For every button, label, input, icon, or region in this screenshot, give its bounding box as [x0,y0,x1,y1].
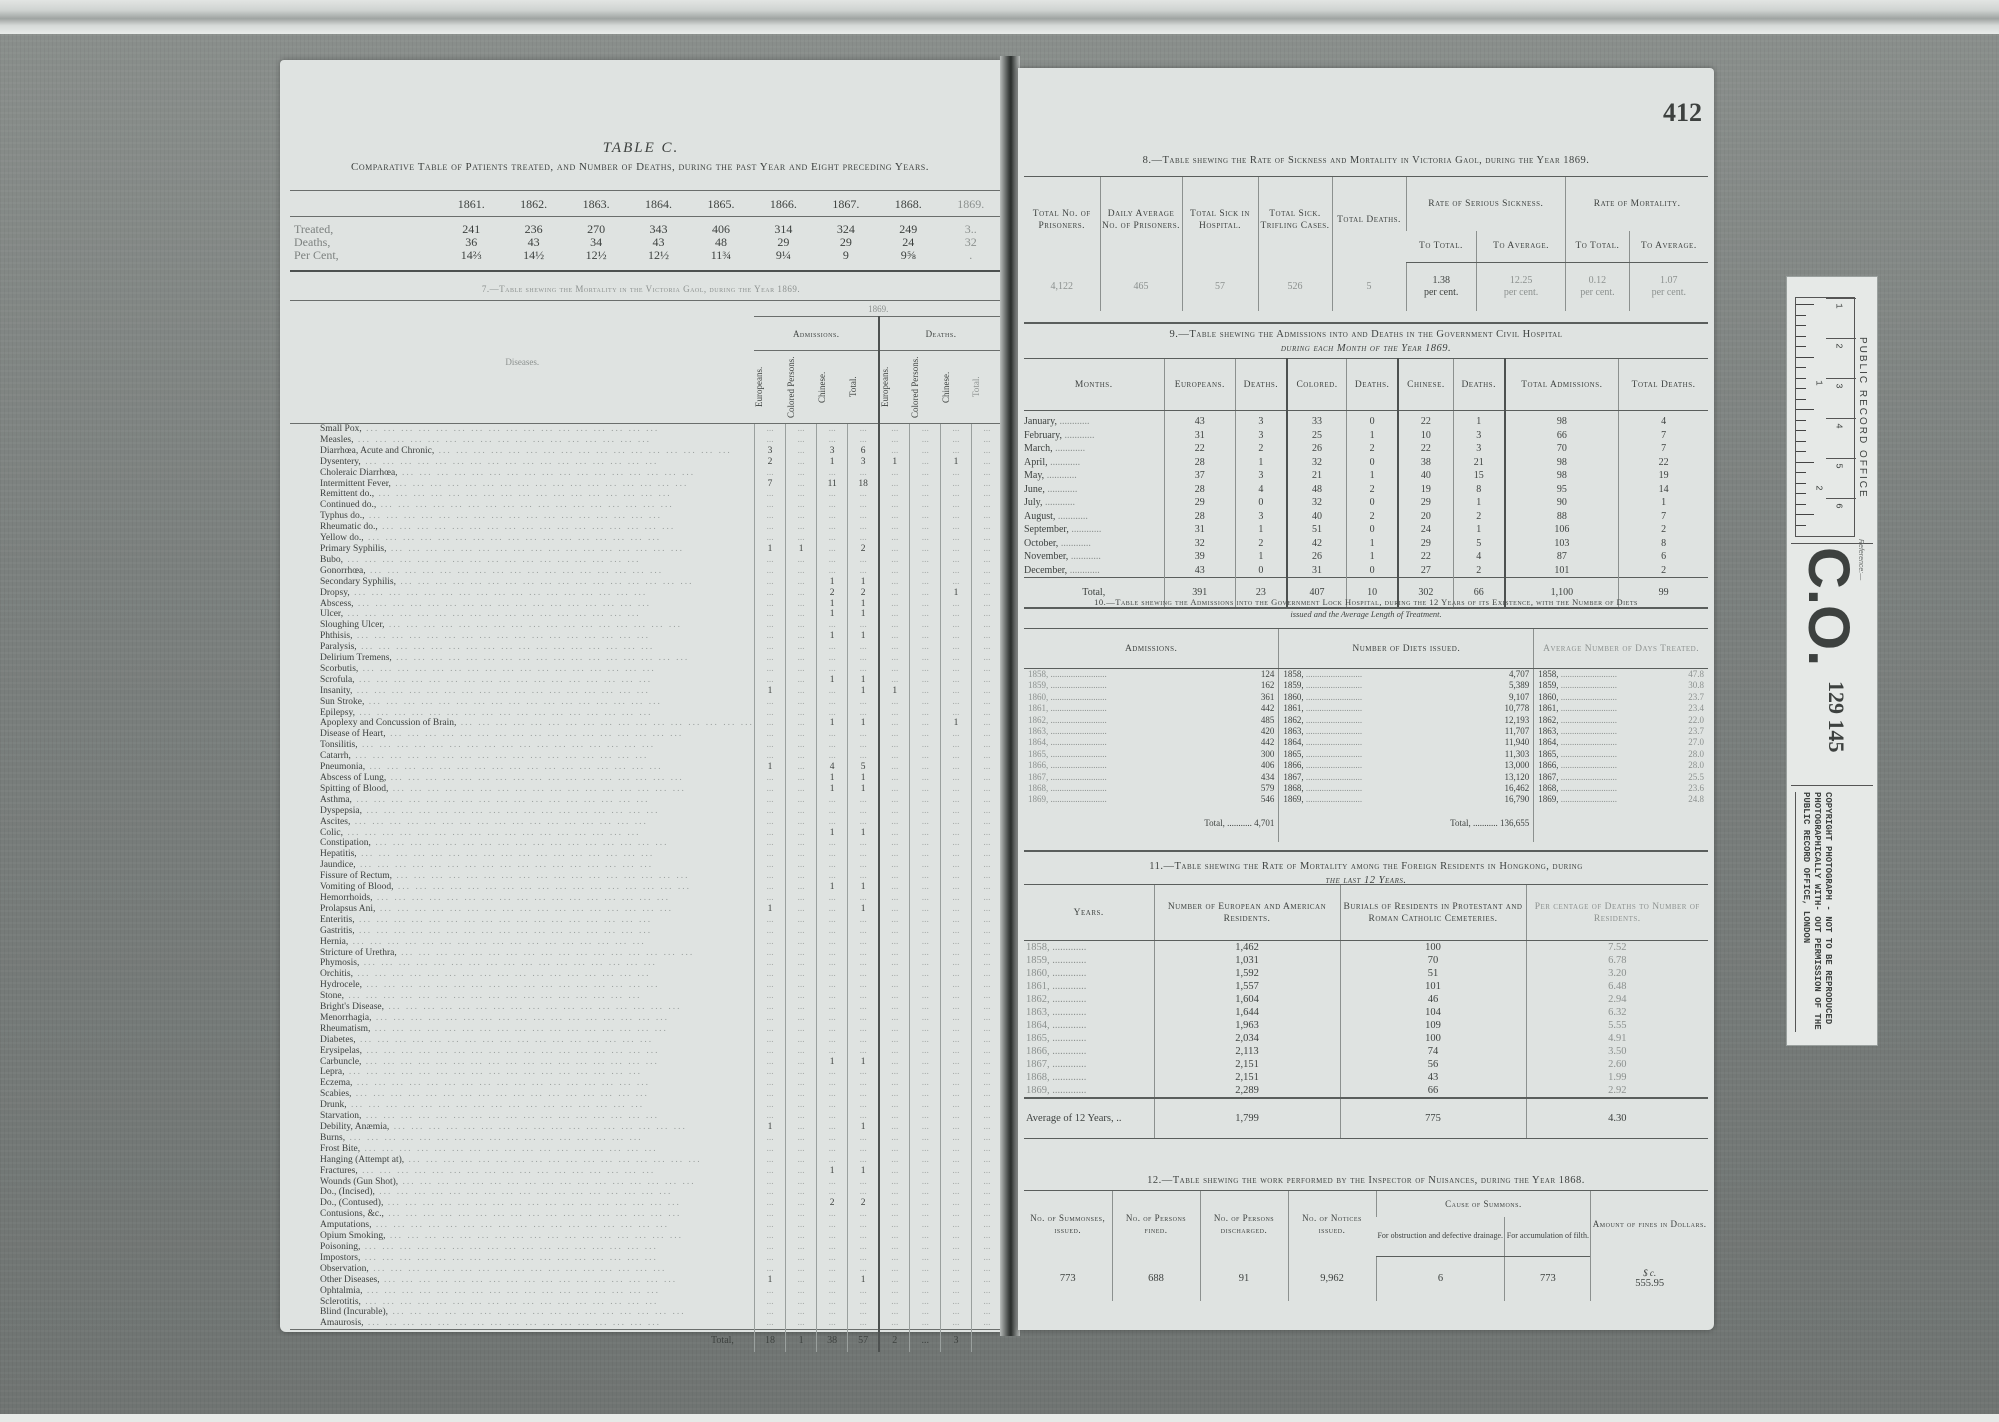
disease-cell: ... [786,893,817,904]
disease-cell: ... [910,555,941,566]
sub-header-label: Europeans. [880,351,890,423]
disease-row: Lepra, ... ... ... ... ... ... ... ... .… [290,1067,1002,1078]
disease-name-cell: Primary Syphilis, ... ... ... ... ... ..… [290,544,754,555]
disease-cell: 1 [848,675,879,686]
disease-row: Blind (Incurable), ... ... ... ... ... .… [290,1307,1002,1318]
disease-cell: ... [910,1057,941,1068]
disease-name: Erysipelas, [320,1046,362,1056]
table-12-caption: 12.—Table shewing the work performed by … [1018,1174,1714,1188]
disease-cell: ... [941,599,972,610]
leader-dots: ... ... ... ... ... ... ... ... ... ... … [375,904,673,914]
year-label: 1868, [1538,783,1558,793]
disease-cell: ... [848,708,879,719]
leader-dots: ... ... ... ... ... ... ... ... ... ... … [351,1089,649,1099]
disease-cell: ... [910,1100,941,1111]
disease-cell: ... [786,1100,817,1111]
disease-cell: ... [754,1231,785,1242]
disease-cell: ... [971,697,1002,708]
leader-dots: ... ... ... ... ... ... ... ... ... ... … [355,915,653,925]
disease-cell: ... [941,904,972,915]
residents-cell: 1,592 [1154,967,1340,980]
disease-row: Opium Smoking, ... ... ... ... ... ... .… [290,1231,1002,1242]
month-row: April, ............28132038219822 [1024,456,1708,470]
year-label: 1858, [1538,669,1558,679]
month-cell: 8 [1453,483,1504,497]
disease-name: Sloughing Ulcer, [320,620,385,630]
disease-cell: ... [910,980,941,991]
disease-cell: ... [879,533,910,544]
disease-cell: ... [754,577,785,588]
disease-cell: 1 [848,1166,879,1177]
disease-cell: ... [971,1078,1002,1089]
month-row: December, ............4303102721012 [1024,564,1708,578]
month-label: August, [1024,511,1055,522]
residents-cell: 2,151 [1154,1058,1340,1071]
disease-cell: ... [941,424,972,435]
disease-cell: ... [879,1318,910,1329]
disease-cell: ... [941,806,972,817]
leader-dots: ... ... ... ... ... ... ... ... ... ... … [354,599,652,609]
disease-cell: ... [754,1166,785,1177]
disease-cell: ... [971,860,1002,871]
disease-cell: ... [971,893,1002,904]
month-cell: 31 [1164,523,1236,537]
year-label: 1867, [1026,1059,1050,1070]
year-header: 1864. [627,191,689,217]
year-label: 1865, [1283,749,1303,759]
header-total-deaths: Total Deaths. [1619,359,1708,411]
ruler-number: 2 [1834,343,1844,348]
year-header: 1866. [752,191,814,217]
residents-row: 1865, .............2,0341004.91 [1024,1032,1708,1045]
leader-dots: ... ... ... ... ... ... ... ... ... ... … [387,544,685,554]
disease-cell: ... [754,860,785,871]
disease-cell: ... [848,795,879,806]
total-value: 136,655 [1500,818,1529,828]
disease-cell: ... [910,1253,941,1264]
row-label: Treated, [290,217,440,237]
disease-cell: ... [971,544,1002,555]
month-cell: 19 [1398,483,1453,497]
lock-hospital-row: 1861, .........................4421861, … [1024,703,1708,714]
scan-top-edge [0,0,1999,34]
disease-name-cell: Dyspepsia, ... ... ... ... ... ... ... .… [290,806,754,817]
disease-row: Disease of Heart, ... ... ... ... ... ..… [290,729,1002,740]
leader-dots: ......................... [1048,726,1107,736]
disease-name: Starvation, [320,1111,361,1121]
disease-cell: ... [941,926,972,937]
disease-cell: ... [971,926,1002,937]
disease-cell: ... [879,1057,910,1068]
ruler-number: 4 [1834,423,1844,428]
disease-name-cell: Contusions, &c., ... ... ... ... ... ...… [290,1209,754,1220]
disease-cell: ... [786,980,817,991]
disease-cell: ... [910,1155,941,1166]
disease-cell: ... [754,1307,785,1318]
disease-cell: ... [754,740,785,751]
header-to-average: To Average. [1629,231,1708,263]
disease-cell: ... [879,937,910,948]
disease-cell: ... [754,511,785,522]
disease-cell: ... [848,1046,879,1057]
month-cell: 40 [1398,469,1453,483]
record-office-label: PUBLIC RECORD OFFICE [1857,337,1868,499]
month-label: September, [1024,524,1069,535]
year-label: 1866, [1026,1046,1050,1057]
disease-name: Hydrocele, [320,980,362,990]
disease-cell: ... [941,1100,972,1111]
disease-row: Debility, Anæmia, ... ... ... ... ... ..… [290,1122,1002,1133]
diets-cell: 10,778 [1474,703,1534,714]
ruler-tick [1796,493,1806,494]
leader-dots: ......................... [1304,680,1363,690]
scan-bottom-edge [0,1414,1999,1422]
disease-cell: ... [910,533,941,544]
leader-dots: ... ... ... ... ... ... ... ... ... ... … [373,893,671,903]
disease-name: Opium Smoking, [320,1231,385,1241]
disease-cell: ... [971,1275,1002,1286]
year-label: 1866, [1538,760,1558,770]
year-label: 1859, [1283,680,1303,690]
disease-cell: ... [848,926,879,937]
leader-dots: ... ... ... ... ... ... ... ... ... ... … [392,871,690,881]
comparative-cell: 324 [815,217,877,237]
leader-dots: ......................... [1304,669,1363,679]
disease-cell: ... [879,915,910,926]
leader-dots: ... ... ... ... ... ... ... ... ... ... … [362,424,660,434]
disease-cell: ... [786,795,817,806]
disease-cell: 1 [848,609,879,620]
disease-cell: ... [941,675,972,686]
disease-cell: ... [817,980,848,991]
cell-summonses: 773 [1024,1257,1112,1301]
disease-cell: ... [941,1111,972,1122]
header-deaths: Deaths. [1236,359,1287,411]
month-cell: 0 [1347,496,1398,510]
disease-cell: ... [879,893,910,904]
year-label: 1863, [1283,726,1303,736]
disease-row: Jaundice, ... ... ... ... ... ... ... ..… [290,860,1002,871]
disease-cell: ... [786,1078,817,1089]
disease-cell: ... [971,1144,1002,1155]
month-cell: 0 [1347,456,1398,470]
disease-cell: ... [971,500,1002,511]
disease-cell: ... [786,511,817,522]
disease-name: Disease of Heart, [320,729,386,739]
leader-dots: ... ... ... ... ... ... ... ... ... ... … [386,729,684,739]
disease-cell: ... [910,468,941,479]
leader-dots: ... ... ... ... ... ... ... ... ... ... … [355,926,653,936]
year-cell: 1861, ............. [1024,980,1154,993]
leader-dots: ............ [1045,484,1078,495]
residents-row: 1860, .............1,592513.20 [1024,967,1708,980]
disease-cell: ... [941,1187,972,1198]
month-cell: 43 [1164,564,1236,578]
disease-cell: ... [910,708,941,719]
disease-row: Fractures, ... ... ... ... ... ... ... .… [290,1166,1002,1177]
residents-cell: 1,644 [1154,1006,1340,1019]
leader-dots: ... ... ... ... ... ... ... ... ... ... … [369,1264,667,1274]
disease-cell: ... [910,784,941,795]
currency-label: $ c. [1591,1268,1708,1278]
disease-cell: ... [848,533,879,544]
disease-cell: ... [971,435,1002,446]
disease-cell: ... [971,915,1002,926]
disease-name-cell: Dysentery, ... ... ... ... ... ... ... .… [290,457,754,468]
disease-cell: ... [754,806,785,817]
sub-header-label: Total. [848,351,858,423]
disease-cell: ... [848,1177,879,1188]
disease-cell: ... [754,1133,785,1144]
header-years: Years. [1024,885,1154,941]
disease-name: Measles, [320,435,354,445]
admissions-cell: 579 [1219,783,1279,794]
disease-cell: ... [879,522,910,533]
disease-cell: ... [971,948,1002,959]
disease-name: Colic, [320,828,343,838]
disease-cell: ... [910,893,941,904]
disease-cell: ... [879,969,910,980]
disease-cell: ... [817,1133,848,1144]
year-label: 1863, [1538,726,1558,736]
disease-cell: ... [817,1242,848,1253]
disease-row: Eczema, ... ... ... ... ... ... ... ... … [290,1078,1002,1089]
disease-cell: ... [848,969,879,980]
disease-cell: ... [786,969,817,980]
total-cell [971,1330,1002,1353]
header-total-deaths: Total Deaths. [1332,177,1406,263]
header-notices: No. of Notices issued. [1288,1191,1376,1257]
leader-dots: ... ... ... ... ... ... ... ... ... ... … [374,489,672,499]
disease-cell: ... [879,849,910,860]
diets-cell: 5,389 [1474,680,1534,691]
disease-name: Ulcer, [320,609,343,619]
year-label: 1860, [1026,968,1050,979]
disease-name-cell: Sloughing Ulcer, ... ... ... ... ... ...… [290,620,754,631]
ruler-tick [1796,451,1806,452]
total-value: 4,701 [1254,818,1274,828]
disease-cell: ... [941,468,972,479]
cell-daily-average: 465 [1100,263,1182,311]
leader-dots: ... ... ... ... ... ... ... ... ... ... … [365,762,663,772]
disease-name-cell: Catarrh, ... ... ... ... ... ... ... ...… [290,751,754,762]
disease-cell: ... [910,838,941,849]
disease-cell: ... [971,1307,1002,1318]
residents-cell: 1,462 [1154,941,1340,955]
disease-cell: ... [910,1209,941,1220]
disease-cell: ... [754,871,785,882]
disease-cell: ... [971,653,1002,664]
disease-name-cell: Eczema, ... ... ... ... ... ... ... ... … [290,1078,754,1089]
disease-cell: ... [910,435,941,446]
disease-cell: ... [879,1297,910,1308]
disease-row: Phthisis, ... ... ... ... ... ... ... ..… [290,631,1002,642]
disease-row: Abscess of Lung, ... ... ... ... ... ...… [290,773,1002,784]
disease-name-cell: Continued do., ... ... ... ... ... ... .… [290,500,754,511]
disease-cell: ... [786,1046,817,1057]
year-label: 1861, [1026,981,1050,992]
disease-cell: ... [910,642,941,653]
month-label: April, [1024,457,1048,468]
disease-cell: 1 [848,686,879,697]
month-name: December, ............ [1024,564,1164,578]
disease-cell: ... [941,882,972,893]
disease-name: Vomiting of Blood, [320,882,393,892]
year-cell: 1867, ............. [1024,1058,1154,1071]
leader-dots: ... ... ... ... ... ... ... ... ... ... … [350,817,648,827]
year-label: 1862, [1283,715,1303,725]
leader-dots: ... ... ... ... ... ... ... ... ... ... … [359,958,657,968]
disease-name: Lepra, [320,1067,345,1077]
disease-row: Amputations, ... ... ... ... ... ... ...… [290,1220,1002,1231]
disease-cell: 2 [754,457,785,468]
disease-cell: ... [910,1187,941,1198]
month-cell: 4 [1236,483,1287,497]
disease-cell: ... [754,609,785,620]
disease-cell: ... [848,1209,879,1220]
year-cell: 1868, ......................... [1279,783,1474,794]
disease-cell: ... [786,1242,817,1253]
disease-cell: ... [941,435,972,446]
residents-row: 1869, .............2,289662.92 [1024,1084,1708,1098]
disease-cell: ... [786,686,817,697]
disease-name-cell: Burns, ... ... ... ... ... ... ... ... .… [290,1133,754,1144]
disease-cell: ... [754,500,785,511]
disease-name-cell: Do., (Contused), ... ... ... ... ... ...… [290,1198,754,1209]
disease-cell: ... [879,1220,910,1231]
disease-name: Contusions, &c., [320,1209,384,1219]
disease-name: Observation, [320,1264,369,1274]
disease-name: Asthma, [320,795,352,805]
leader-dots: ... ... ... ... ... ... ... ... ... ... … [404,1155,702,1165]
disease-cell: ... [786,991,817,1002]
disease-cell: ... [941,828,972,839]
disease-cell: ... [879,871,910,882]
disease-cell: 1 [817,718,848,729]
disease-cell: ... [971,1264,1002,1275]
year-cell: 1865, ............. [1024,1032,1154,1045]
disease-row: Ophtalmia, ... ... ... ... ... ... ... .… [290,1286,1002,1297]
disease-name: Remittent do., [320,489,374,499]
percentage-cell: 6.78 [1526,954,1708,967]
disease-cell: 1 [817,577,848,588]
disease-name: Poisoning, [320,1242,360,1252]
disease-cell: ... [910,697,941,708]
disease-cell: ... [941,729,972,740]
disease-cell: ... [971,904,1002,915]
disease-cell: ... [754,468,785,479]
disease-cell: 1 [848,1122,879,1133]
disease-cell: ... [786,500,817,511]
disease-cell: ... [971,1013,1002,1024]
disease-cell: ... [879,468,910,479]
disease-cell: ... [848,1286,879,1297]
disease-cell: ... [879,631,910,642]
disease-cell: ... [971,871,1002,882]
disease-name-cell: Drunk, ... ... ... ... ... ... ... ... .… [290,1100,754,1111]
disease-row: Observation, ... ... ... ... ... ... ...… [290,1264,1002,1275]
month-row: August, ............283402202887 [1024,510,1708,524]
year-label: 1867, [1028,772,1048,782]
disease-cell: ... [879,675,910,686]
disease-cell: ... [941,1089,972,1100]
disease-cell: ... [910,577,941,588]
disease-name: Frost Bite, [320,1144,360,1154]
disease-cell: ... [817,642,848,653]
disease-row: Vomiting of Blood, ... ... ... ... ... .… [290,882,1002,893]
leader-dots: ... ... ... ... ... ... ... ... ... ... … [388,1307,686,1317]
deaths-header: Deaths. [879,317,1002,351]
header-chinese: Chinese. [1398,359,1453,411]
disease-cell: ... [941,1220,972,1231]
disease-name-cell: Pneumonia, ... ... ... ... ... ... ... .… [290,762,754,773]
header-to-average: To Average. [1476,231,1565,263]
disease-cell: ... [971,609,1002,620]
header-residents: Number of European and American Resident… [1154,885,1340,941]
disease-name-cell: Ulcer, ... ... ... ... ... ... ... ... .… [290,609,754,620]
lock-hospital-table: Admissions. Number of Diets issued. Aver… [1024,628,1708,842]
disease-cell: ... [754,533,785,544]
sub-header-label: Total. [971,351,981,423]
disease-cell: ... [754,642,785,653]
month-cell: 37 [1164,469,1236,483]
disease-name: Hanging (Attempt at), [320,1155,404,1165]
leader-dots: ... ... ... ... ... ... ... ... ... ... … [360,1242,658,1252]
disease-cell: ... [848,751,879,762]
caption-line: issued and the Average Length of Treatme… [1018,608,1714,620]
disease-name: Prolapsus Ani, [320,904,375,914]
lock-hospital-row: 1864, .........................4421864, … [1024,737,1708,748]
year-cell: 1864, ......................... [1534,737,1648,748]
leader-dots: ............. [1050,1072,1087,1083]
disease-name: Delirium Tremens, [320,653,392,663]
disease-cell: ... [879,500,910,511]
disease-cell: ... [786,631,817,642]
disease-cell: ... [910,479,941,490]
month-label: October, [1024,538,1058,549]
disease-cell: ... [879,773,910,784]
ruler-tick [1796,325,1806,326]
disease-row: Sclerotitis, ... ... ... ... ... ... ...… [290,1297,1002,1308]
disease-row: Poisoning, ... ... ... ... ... ... ... .… [290,1242,1002,1253]
leader-dots: ... ... ... ... ... ... ... ... ... ... … [358,740,656,750]
year-cell: 1858, ......................... [1279,669,1474,681]
disease-name: Dysentery, [320,457,361,467]
cell-serious-to-total: 1.38per cent. [1406,263,1476,311]
disease-cell: ... [786,577,817,588]
disease-name-cell: Rheumatism, ... ... ... ... ... ... ... … [290,1024,754,1035]
disease-row: Epilepsy, ... ... ... ... ... ... ... ..… [290,708,1002,719]
disease-cell: ... [786,446,817,457]
disease-cell: ... [971,1166,1002,1177]
disease-cell: ... [754,555,785,566]
average-label-cell: Average of 12 Years, .. [1024,1098,1154,1138]
disease-row: Primary Syphilis, ... ... ... ... ... ..… [290,544,1002,555]
leader-dots: ......................... [1304,726,1363,736]
header-percentage: Per centage of Deaths to Number of Resid… [1526,885,1708,941]
header-days-treated: Average Number of Days Treated. [1534,629,1708,669]
year-label: 1861, [1028,703,1048,713]
disease-name-cell: Sclerotitis, ... ... ... ... ... ... ...… [290,1297,754,1308]
year-cell: 1866, ......................... [1279,760,1474,771]
month-cell: 4 [1453,550,1504,564]
disease-cell: ... [941,948,972,959]
disease-name-cell: Typhus do., ... ... ... ... ... ... ... … [290,511,754,522]
year-label: 1863, [1026,1007,1050,1018]
total-cell: ... [910,1330,941,1353]
leader-dots: ... ... ... ... ... ... ... ... ... ... … [356,1035,654,1045]
leader-dots: ... ... ... ... ... ... ... ... ... ... … [361,457,659,467]
